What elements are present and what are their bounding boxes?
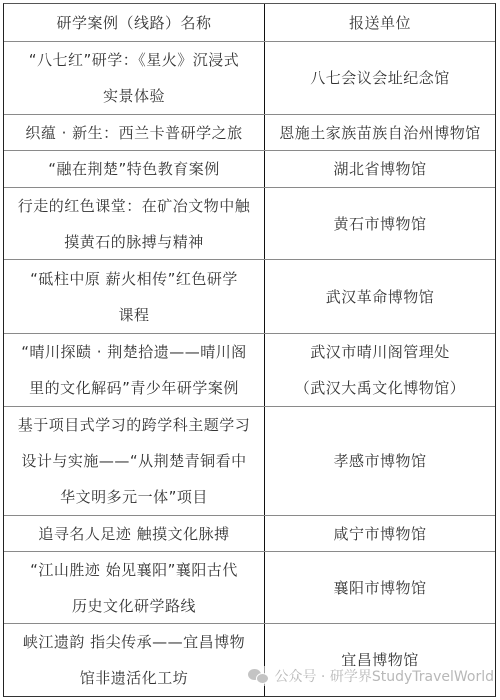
table-row: 基于项目式学习的跨学科主题学习 设计与实施——“从荆楚青铜看中 华文明多元一体”… [4, 407, 495, 516]
case-name-cell: “八七红”研学：《星火》沉浸式 实景体验 [4, 42, 265, 114]
unit-cell: 湖北省博物馆 [265, 151, 495, 187]
case-name-cell: 追寻名人足迹 触摸文化脉搏 [4, 516, 265, 551]
unit-cell: 咸宁市博物馆 [265, 516, 495, 551]
table-row: 织蕴 · 新生：西兰卡普研学之旅 恩施土家族苗族自治州博物馆 [4, 115, 495, 151]
header-unit: 报送单位 [265, 4, 495, 41]
case-name-line: 织蕴 · 新生：西兰卡普研学之旅 [25, 115, 242, 151]
table-row: “晴川探赜 · 荆楚拾遗——晴川阁 里的文化解码”青少年研学案例 武汉市晴川阁管… [4, 334, 495, 407]
watermark: 公众号 · 研学界StudyTravelWorld [248, 666, 494, 686]
case-name-line: 馆非遗活化工坊 [80, 660, 189, 696]
case-name-line: 摸黄石的脉搏与精神 [64, 224, 204, 260]
case-name-line: “江山胜迹 始见襄阳”襄阳古代 [30, 552, 238, 588]
unit-cell: 八七会议会址纪念馆 [265, 42, 495, 114]
case-name-line: 基于项目式学习的跨学科主题学习 [18, 407, 251, 443]
case-name-line: “砥柱中原 薪火相传”红色研学 [30, 261, 238, 297]
unit-text: 孝感市博物馆 [333, 443, 426, 479]
case-name-line: 追寻名人足迹 触摸文化脉搏 [38, 516, 229, 552]
unit-cell: 黄石市博物馆 [265, 188, 495, 259]
case-name-cell: 峡江遗韵 指尖传承——宜昌博物 馆非遗活化工坊 [4, 624, 265, 696]
unit-cell: 武汉革命博物馆 [265, 260, 495, 333]
table-row: “砥柱中原 薪火相传”红色研学 课程 武汉革命博物馆 [4, 260, 495, 334]
case-name-cell: “江山胜迹 始见襄阳”襄阳古代 历史文化研学路线 [4, 552, 265, 623]
case-name-cell: 行走的红色课堂：在矿冶文物中触 摸黄石的脉搏与精神 [4, 188, 265, 259]
case-name-cell: “砥柱中原 薪火相传”红色研学 课程 [4, 260, 265, 333]
unit-text: 黄石市博物馆 [333, 206, 426, 242]
table-row: 追寻名人足迹 触摸文化脉搏 咸宁市博物馆 [4, 516, 495, 552]
case-name-line: 行走的红色课堂：在矿冶文物中触 [18, 188, 251, 224]
header-case-name: 研学案例（线路）名称 [4, 4, 265, 41]
table-row: “八七红”研学：《星火》沉浸式 实景体验 八七会议会址纪念馆 [4, 42, 495, 115]
unit-cell: 孝感市博物馆 [265, 407, 495, 515]
table-header-row: 研学案例（线路）名称 报送单位 [4, 4, 495, 42]
case-name-line: 峡江遗韵 指尖传承——宜昌博物 [23, 624, 245, 660]
unit-text: （武汉大禹文化博物馆） [295, 370, 466, 406]
wechat-icon [248, 668, 270, 684]
case-name-line: 里的文化解码”青少年研学案例 [29, 370, 239, 406]
case-name-line: 课程 [118, 297, 149, 333]
table-row: “融在荆楚”特色教育案例 湖北省博物馆 [4, 151, 495, 188]
unit-cell: 襄阳市博物馆 [265, 552, 495, 623]
unit-text: 八七会议会址纪念馆 [310, 60, 450, 96]
unit-text: 武汉革命博物馆 [326, 279, 435, 315]
unit-cell: 恩施土家族苗族自治州博物馆 [265, 115, 495, 150]
unit-text: 襄阳市博物馆 [333, 570, 426, 606]
case-name-cell: 织蕴 · 新生：西兰卡普研学之旅 [4, 115, 265, 150]
case-name-line: 实景体验 [103, 78, 165, 114]
case-name-line: 华文明多元一体”项目 [60, 479, 208, 515]
case-name-line: “晴川探赜 · 荆楚拾遗——晴川阁 [21, 334, 247, 370]
case-name-line: “八七红”研学：《星火》沉浸式 [29, 42, 240, 78]
table-row: 行走的红色课堂：在矿冶文物中触 摸黄石的脉搏与精神 黄石市博物馆 [4, 188, 495, 260]
case-name-cell: 基于项目式学习的跨学科主题学习 设计与实施——“从荆楚青铜看中 华文明多元一体”… [4, 407, 265, 515]
case-name-line: “融在荆楚”特色教育案例 [48, 151, 220, 187]
case-name-cell: “融在荆楚”特色教育案例 [4, 151, 265, 187]
table-row: “江山胜迹 始见襄阳”襄阳古代 历史文化研学路线 襄阳市博物馆 [4, 552, 495, 624]
unit-text: 咸宁市博物馆 [333, 516, 426, 552]
case-name-line: 设计与实施——“从荆楚青铜看中 [21, 443, 246, 479]
case-name-line: 历史文化研学路线 [72, 588, 196, 624]
case-table: 研学案例（线路）名称 报送单位 “八七红”研学：《星火》沉浸式 实景体验 八七会… [3, 3, 496, 697]
watermark-text: 公众号 · 研学界StudyTravelWorld [274, 666, 494, 686]
unit-text: 湖北省博物馆 [333, 151, 426, 187]
case-name-cell: “晴川探赜 · 荆楚拾遗——晴川阁 里的文化解码”青少年研学案例 [4, 334, 265, 406]
unit-cell: 武汉市晴川阁管理处 （武汉大禹文化博物馆） [265, 334, 495, 406]
unit-text: 武汉市晴川阁管理处 [310, 334, 450, 370]
unit-text: 恩施土家族苗族自治州博物馆 [279, 115, 481, 151]
